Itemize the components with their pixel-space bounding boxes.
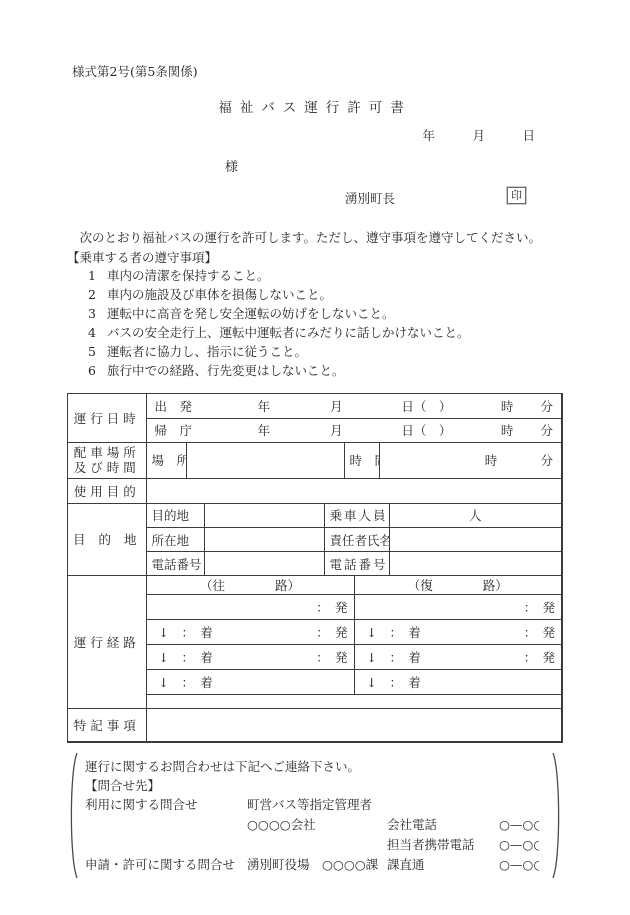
hour-label: 時 — [485, 451, 498, 469]
row-label-purpose: 使用目的 — [68, 479, 146, 503]
depart-mark: ： 発 — [524, 648, 555, 666]
minute-label: 分 — [540, 421, 553, 439]
issuer-line: 湧別町長 印 — [67, 187, 563, 209]
mobile-phone-label: 担当者携帯電話 — [387, 835, 499, 855]
rule-number: 3 — [88, 304, 107, 323]
seal-stamp-box: 印 — [507, 187, 526, 204]
arrive-mark: ↓ ： 着 — [159, 673, 213, 691]
destination-name-label: 目的地 — [146, 504, 204, 528]
application-table: 運行日時 出 発 年 月 日（ ） 時 分 帰 庁 年 月 日（ ） 時 分 — [67, 393, 563, 743]
notes-blank — [146, 709, 562, 741]
contact-intro: 運行に関するお問合わせは下記へご連絡下さい。 — [85, 757, 539, 776]
responsible-phone-blank — [389, 552, 562, 576]
depart-mark: ： 発 — [524, 623, 555, 641]
date-line: 年 月 日 — [67, 126, 563, 144]
section-destination: 目的地 目的地 乗車人員 人 所在地 責任者氏名 電話番号 電話番号 — [68, 504, 562, 577]
rule-text: 旅行中での経路、行先変更はしないこと。 — [107, 363, 345, 378]
contact-box: 運行に関するお問合わせは下記へご連絡下さい。 【問合せ先】 利用に関する問合せ … — [67, 752, 563, 879]
contact-grid: 利用に関する問合せ 町営バス等指定管理者 ○○○○会社 会社電話 ○—○○○○ … — [85, 795, 539, 875]
issuer-name: 湧別町長 — [345, 189, 395, 207]
hour-label: 時 — [501, 421, 514, 439]
rule-item: 3運転中に高音を発し安全運転の妨げをしないこと。 — [67, 304, 563, 323]
rules-list: 1車内の清潔を保持すること。 2車内の施設及び車体を損傷しないこと。 3運転中に… — [67, 266, 563, 380]
office-name: 湧別町役場 ○○○○課 — [247, 855, 387, 875]
departure-label: 出 発 — [155, 397, 193, 415]
destination-name-blank — [204, 504, 324, 528]
minute-label: 分 — [540, 397, 553, 415]
rule-item: 2車内の施設及び車体を損傷しないこと。 — [67, 285, 563, 304]
dispatch-time-label: 時 間 — [344, 443, 379, 479]
return-label: 帰 庁 — [155, 421, 193, 439]
arrive-mark: ↓ ： 着 — [367, 623, 421, 641]
rule-text: 車内の施設及び車体を損傷しないこと。 — [107, 287, 332, 302]
section-operation-datetime: 運行日時 出 発 年 月 日（ ） 時 分 帰 庁 年 月 日（ ） 時 分 — [68, 394, 562, 443]
company-phone-label: 会社電話 — [387, 815, 499, 835]
row-label-notes: 特記事項 — [68, 709, 146, 741]
section-notes: 特記事項 — [68, 709, 562, 742]
depart-mark: ： 発 — [316, 598, 347, 616]
section-purpose: 使用目的 — [68, 479, 562, 504]
destination-phone-label: 電話番号 — [146, 552, 204, 576]
company-name: ○○○○会社 — [247, 815, 387, 835]
outbound-leg-cell: ↓ ： 着 ： 発 — [146, 645, 354, 670]
year-label: 年 — [258, 397, 271, 415]
destination-address-blank — [204, 528, 324, 552]
dispatch-time-cell: 時 分 — [379, 443, 562, 479]
depart-mark: ： 発 — [316, 623, 347, 641]
arrive-mark: ↓ ： 着 — [159, 623, 213, 641]
rule-text: 運転者に協力し、指示に従うこと。 — [107, 344, 307, 359]
return-leg-cell: ↓ ： 着 ： 発 — [354, 645, 562, 670]
responsible-person-label: 責任者氏名 — [324, 528, 389, 552]
minute-label: 分 — [540, 451, 553, 469]
responsible-person-blank — [389, 528, 562, 552]
contact-heading: 【問合せ先】 — [85, 776, 539, 795]
right-parenthesis — [551, 752, 563, 879]
day-label: 日（ ） — [401, 397, 451, 415]
purpose-blank — [146, 479, 562, 503]
month-label: 月 — [330, 397, 343, 415]
return-leg-cell: ： 発 — [354, 595, 562, 620]
year-label: 年 — [258, 421, 271, 439]
rule-number: 5 — [88, 342, 107, 361]
outbound-leg-cell: ↓ ： 着 ： 発 — [146, 620, 354, 645]
return-datetime-cell: 帰 庁 年 月 日（ ） 時 分 — [146, 418, 562, 442]
arrive-mark: ↓ ： 着 — [159, 648, 213, 666]
document-page: 様式第2号(第5条関係) 福祉バス運行許可書 年 月 日 様 湧別町長 印 次の… — [0, 0, 630, 879]
rule-number: 4 — [88, 323, 107, 342]
outbound-leg-cell: ： 発 — [146, 595, 354, 620]
route-blank-row — [146, 695, 562, 709]
company-phone-number: ○—○○○○ — [499, 815, 539, 835]
arrive-mark: ↓ ： 着 — [367, 673, 421, 691]
rule-text: 車内の清潔を保持すること。 — [107, 268, 270, 283]
rules-heading: 【乗車する者の遵守事項】 — [67, 249, 563, 266]
row-label-route: 運行経路 — [68, 576, 146, 709]
destination-phone-blank — [204, 552, 324, 576]
return-leg-cell: ↓ ： 着 ： 発 — [354, 620, 562, 645]
rule-item: 6旅行中での経路、行先変更はしないこと。 — [67, 361, 563, 380]
arrive-mark: ↓ ： 着 — [367, 648, 421, 666]
return-header: （復 路） — [354, 576, 562, 595]
rule-number: 2 — [88, 285, 107, 304]
form-number: 様式第2号(第5条関係) — [67, 62, 563, 80]
section-route: 運行経路 （往 路） （復 路） ： 発 ： 発 ↓ ： 着 ： 発 ↓ — [68, 576, 562, 709]
month-label: 月 — [330, 421, 343, 439]
passenger-count-label: 乗車人員 — [324, 504, 389, 528]
application-contact-label: 申請・許可に関する問合せ — [85, 855, 247, 875]
rule-text: 運転中に高音を発し安全運転の妨げをしないこと。 — [107, 306, 395, 321]
row-label-operation-datetime: 運行日時 — [68, 394, 146, 442]
rule-text: バスの安全走行上、運転中運転者にみだりに話しかけないこと。 — [107, 325, 470, 340]
addressee-suffix: 様 — [67, 156, 563, 175]
outbound-header: （往 路） — [146, 576, 354, 595]
dispatch-place-label: 場 所 — [146, 443, 186, 479]
outbound-leg-cell: ↓ ： 着 — [146, 670, 354, 695]
rule-item: 5運転者に協力し、指示に従うこと。 — [67, 342, 563, 361]
direct-line-label: 課直通 — [387, 855, 499, 875]
intro-paragraph: 次のとおり福祉バスの運行を許可します。ただし、遵守事項を遵守してください。 — [67, 229, 563, 246]
depart-mark: ： 発 — [316, 648, 347, 666]
passenger-count-unit: 人 — [389, 504, 562, 528]
usage-contact-label: 利用に関する問合せ — [85, 795, 247, 815]
rule-item: 4バスの安全走行上、運転中運転者にみだりに話しかけないこと。 — [67, 323, 563, 342]
day-label: 日（ ） — [401, 421, 451, 439]
depart-mark: ： 発 — [524, 598, 555, 616]
dispatch-place-blank — [186, 443, 344, 479]
rule-number: 1 — [88, 266, 107, 285]
manager-name: 町営バス等指定管理者 — [247, 795, 387, 815]
hour-label: 時 — [501, 397, 514, 415]
left-parenthesis — [67, 752, 79, 879]
direct-line-number: ○—○○○○ — [499, 855, 539, 875]
rule-number: 6 — [88, 361, 107, 380]
departure-datetime-cell: 出 発 年 月 日（ ） 時 分 — [146, 394, 562, 418]
destination-address-label: 所在地 — [146, 528, 204, 552]
row-label-dispatch: 配車場所 及び時間 — [68, 443, 146, 479]
section-dispatch: 配車場所 及び時間 場 所 時 間 時 分 — [68, 443, 562, 480]
return-leg-cell: ↓ ： 着 — [354, 670, 562, 695]
rule-item: 1車内の清潔を保持すること。 — [67, 266, 563, 285]
row-label-destination: 目的地 — [68, 504, 146, 576]
mobile-phone-number: ○—○○○○ — [499, 835, 539, 855]
page-title: 福祉バス運行許可書 — [67, 96, 563, 116]
responsible-phone-label: 電話番号 — [324, 552, 389, 576]
